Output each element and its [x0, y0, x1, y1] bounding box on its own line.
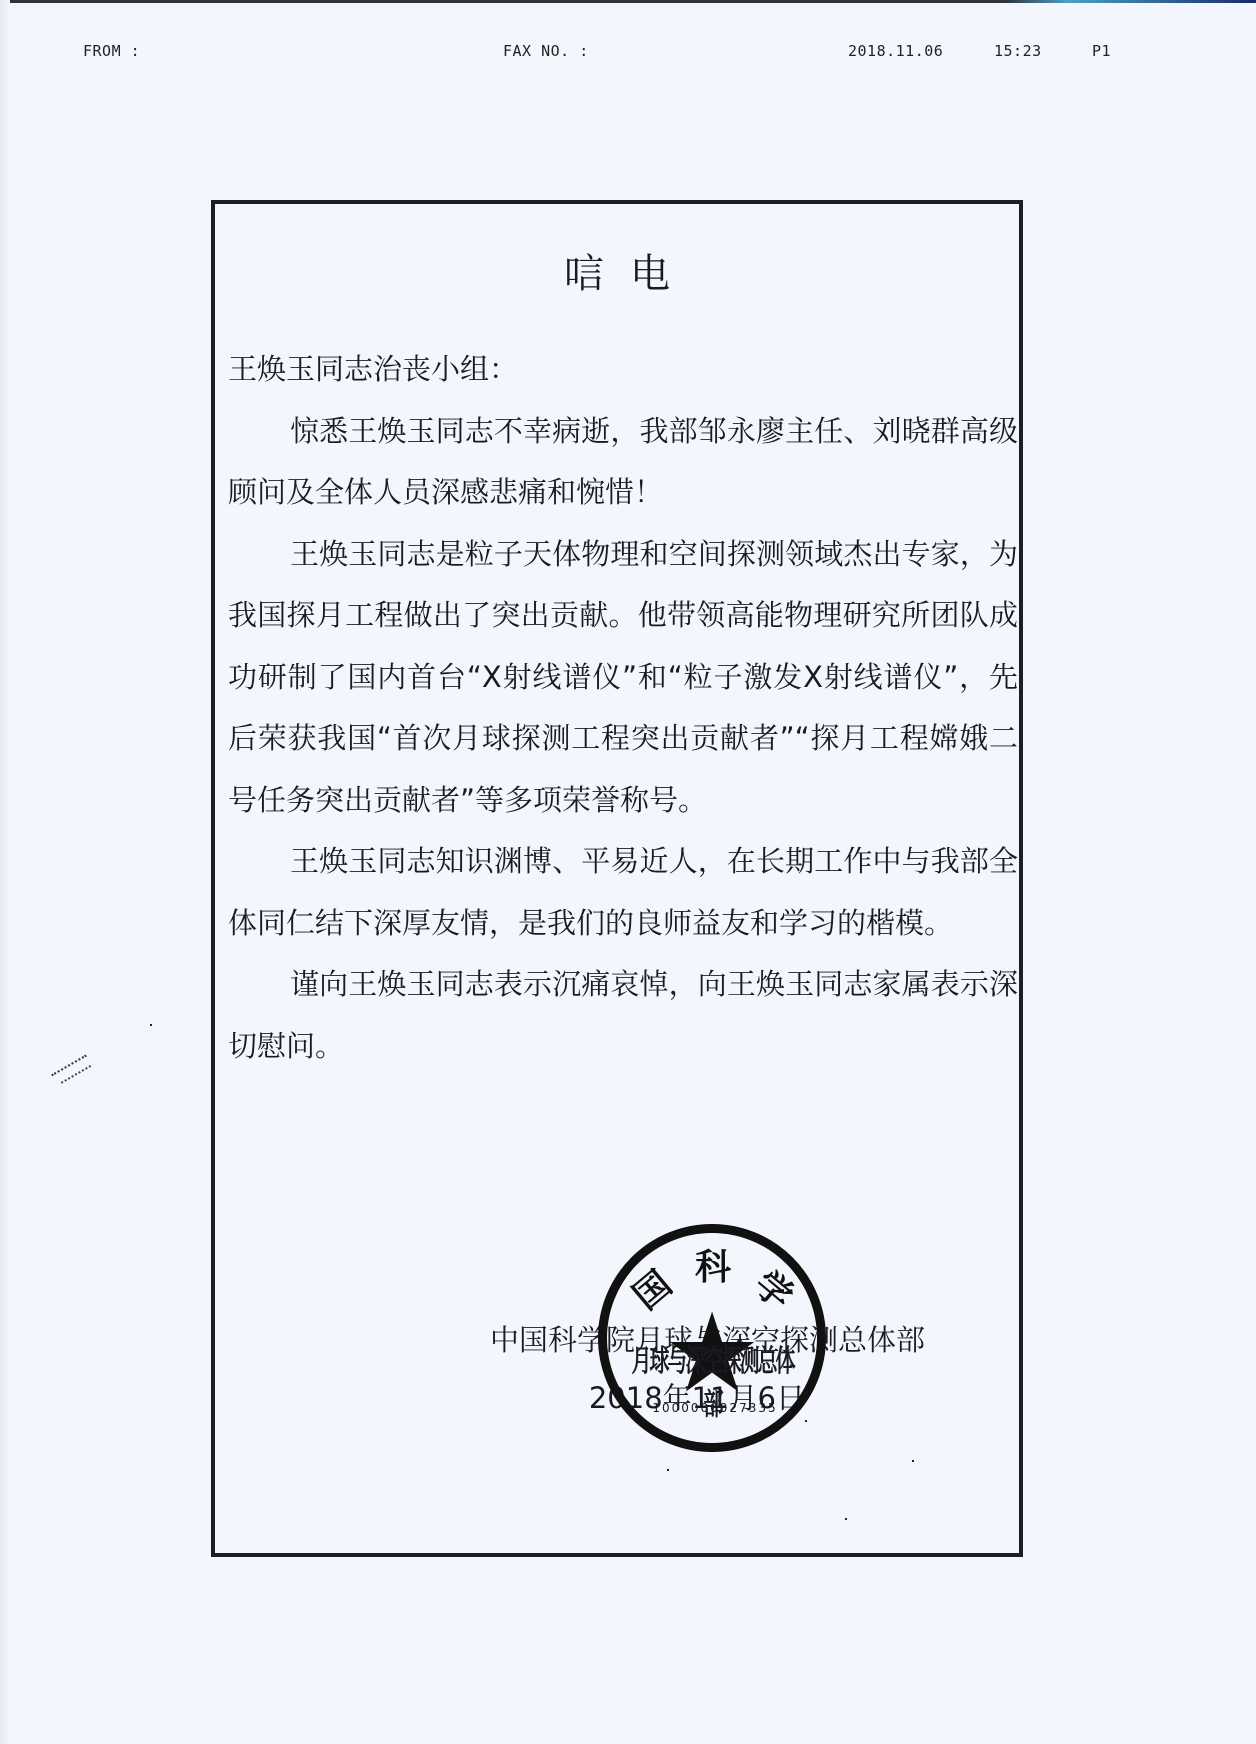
paragraph-condolences: 谨向王焕玉同志表示沉痛哀悼，向王焕玉同志家属表示深切慰问。	[228, 954, 1018, 1077]
fax-time: 15:23	[994, 42, 1042, 60]
fax-from-label: FROM :	[83, 42, 140, 60]
salutation: 王焕玉同志治丧小组：	[228, 339, 1018, 401]
fax-number-label: FAX NO. :	[503, 42, 589, 60]
fax-page-number: P1	[1092, 42, 1111, 60]
seal-char-ke: 科	[695, 1239, 731, 1290]
scan-speck	[912, 1460, 914, 1462]
official-seal-stamp: 国 科 学 ★ 月球与深空探测总体部 1000000027335	[598, 1224, 826, 1452]
document-body: 王焕玉同志治丧小组： 惊悉王焕玉同志不幸病逝，我部邹永廖主任、刘晓群高级顾问及全…	[228, 339, 1018, 1077]
paragraph-character: 王焕玉同志知识渊博、平易近人，在长期工作中与我部全体同仁结下深厚友情，是我们的良…	[228, 831, 1018, 954]
document-title: 唁电	[215, 242, 1019, 299]
scan-speck	[845, 1518, 847, 1520]
seal-serial-number: 1000000027335	[645, 1401, 785, 1415]
scan-top-edge	[0, 0, 1256, 3]
paragraph-achievements: 王焕玉同志是粒子天体物理和空间探测领域杰出专家，为我国探月工程做出了突出贡献。他…	[228, 524, 1018, 832]
scan-speck	[805, 1420, 807, 1422]
fax-header: FROM : FAX NO. : 2018.11.06 15:23 P1	[0, 42, 1256, 62]
fax-date: 2018.11.06	[848, 42, 943, 60]
scan-left-edge	[0, 0, 10, 1744]
scan-speck	[667, 1469, 669, 1471]
scan-speck	[150, 1024, 152, 1026]
paragraph-condolence-notice: 惊悉王焕玉同志不幸病逝，我部邹永廖主任、刘晓群高级顾问及全体人员深感悲痛和惋惜！	[228, 401, 1018, 524]
document-frame: 唁电 王焕玉同志治丧小组： 惊悉王焕玉同志不幸病逝，我部邹永廖主任、刘晓群高级顾…	[211, 200, 1023, 1557]
